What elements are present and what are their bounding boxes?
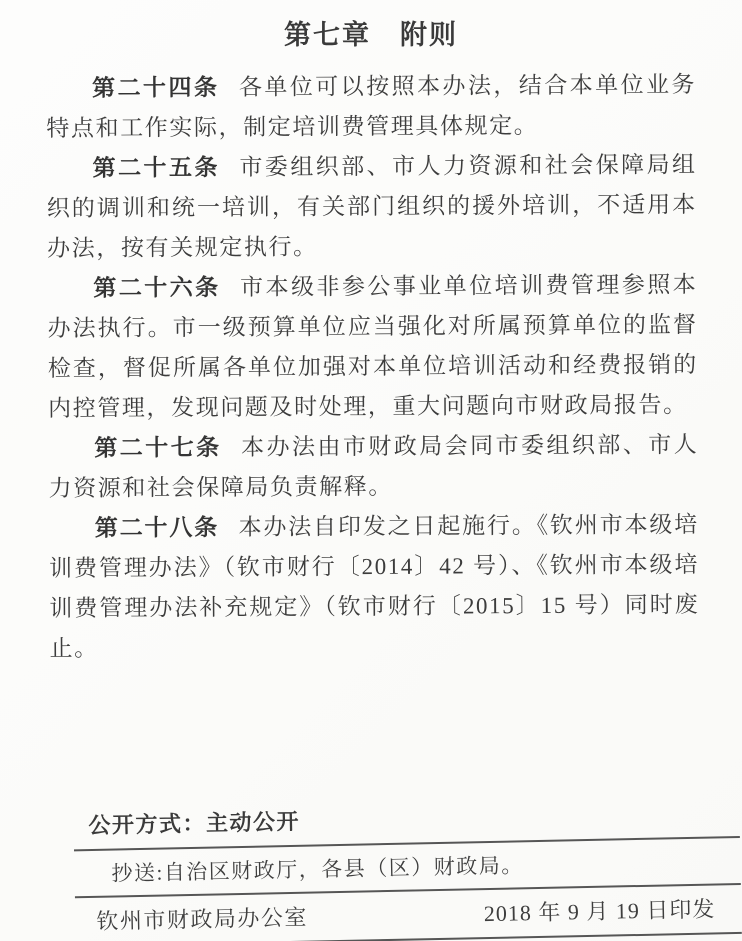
disclosure-method-line: 公开方式：主动公开 [88,797,742,842]
article-28: 第二十八条本办法自印发之日起施行。《钦州市本级培训费管理办法》（钦市财行〔201… [49,505,700,669]
document-footer: 公开方式：主动公开 抄送:自治区财政厅，各县（区）财政局。 钦州市财政局办公室 … [0,797,742,941]
document-body: 第二十四条各单位可以按照本办法，结合本单位业务特点和工作实际，制定培训费管理具体… [46,65,700,669]
article-27-number: 第二十七条 [94,435,221,461]
article-26-number: 第二十六条 [93,275,220,301]
print-date: 2018 年 9 月 19 日印发 [484,894,716,929]
article-28-number: 第二十八条 [95,515,219,541]
document-page: 第七章 附则 第二十四条各单位可以按照本办法，结合本单位业务特点和工作实际，制定… [0,0,742,941]
article-26: 第二十六条市本级非参公事业单位培训费管理参照本办法执行。市一级预算单位应当强化对… [47,265,698,429]
article-24: 第二十四条各单位可以按照本办法，结合本单位业务特点和工作实际，制定培训费管理具体… [46,65,696,149]
article-25: 第二十五条市委组织部、市人力资源和社会保障局组织的调训和统一培训，有关部门组织的… [46,145,697,269]
article-27: 第二十七条本办法由市财政局会同市委组织部、市人力资源和社会保障局负责解释。 [48,425,698,509]
article-24-number: 第二十四条 [92,75,219,101]
chapter-title: 第七章 附则 [0,0,742,52]
issuer-office: 钦州市财政局办公室 [96,903,308,937]
article-25-number: 第二十五条 [93,155,220,181]
